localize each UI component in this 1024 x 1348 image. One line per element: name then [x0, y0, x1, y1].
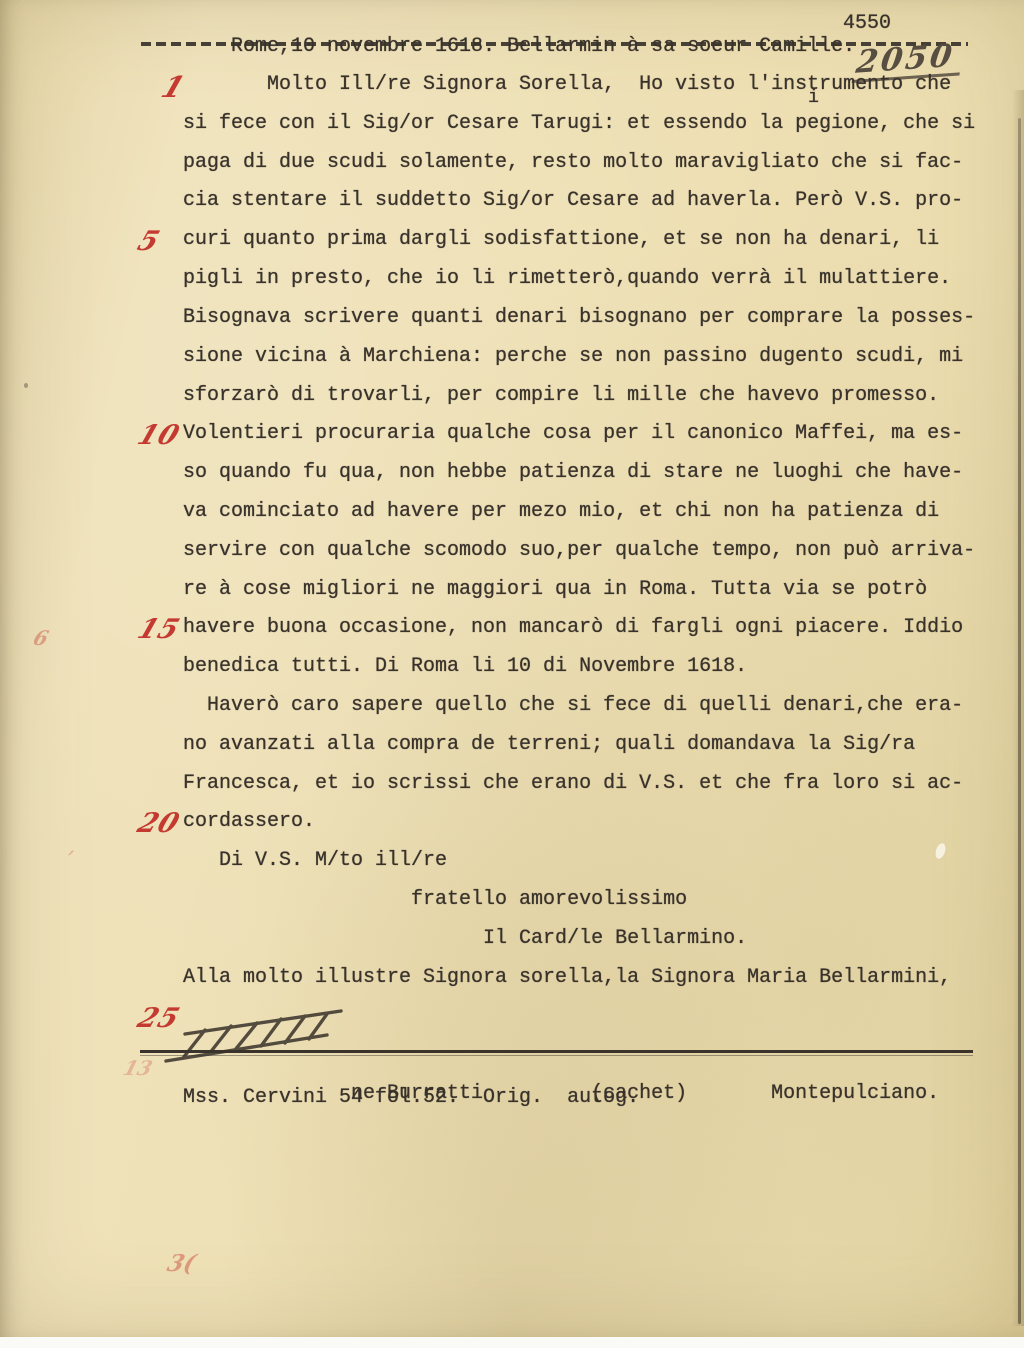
strikethrough-hatch-mark [163, 1006, 353, 1070]
typed-line: Alla molto illustre Signora sorella,la S… [183, 959, 988, 998]
letter-header: Rome,10 novembre 1618. Bellarmin à sa so… [183, 12, 983, 42]
typed-line: 15havere buona occasione, non mancarò di… [183, 609, 988, 648]
typed-text: benedica tutti. Di Roma li 10 di Novembr… [183, 655, 747, 678]
typed-line: si fece con il Sig/or Cesare Tarugi: et … [183, 105, 988, 144]
typed-text: sforzarò di trovarli, per compire li mil… [183, 384, 939, 407]
typed-text: paga di due scudi solamente, resto molto… [183, 151, 963, 174]
typed-line: no avanzati alla compra de terreni; qual… [183, 726, 988, 765]
typed-line: benedica tutti. Di Roma li 10 di Novembr… [183, 648, 988, 687]
source-note: Mss. Cervini 54 fol.52. Orig. autog. [183, 1086, 639, 1109]
typed-text: Haverò caro sapere quello che si fece di… [183, 694, 963, 717]
typed-text: cordassero. [183, 810, 315, 833]
typed-text: pigli in presto, che io li rimetterò,qua… [183, 267, 951, 290]
catalog-number: 4550 [843, 12, 891, 35]
margin-line-number: 20 [134, 810, 183, 837]
typed-text: va cominciato ad havere per mezo mio, et… [183, 500, 939, 523]
margin-line-number: 5 [134, 228, 164, 255]
typed-line: Di V.S. M/to ill/re [183, 842, 988, 881]
typed-line: fratello amorevolissimo [183, 881, 988, 920]
typed-text: servire con qualche scomodo suo,per qual… [183, 539, 975, 562]
faint-red-mark: 3( [165, 1252, 198, 1275]
typed-line: Il Card/le Bellarmino. [183, 920, 988, 959]
letter-page: Rome,10 novembre 1618. Bellarmin à sa so… [0, 0, 1024, 1337]
typed-line: 5curi quanto prima dargli sodisfattione,… [183, 221, 988, 260]
faint-red-mark: 6 [31, 628, 51, 648]
typed-text: fratello amorevolissimo [183, 888, 687, 911]
paper-speck [24, 383, 28, 388]
overtyped-correction: i [808, 89, 819, 107]
typed-line: re à cose migliori ne maggiori qua in Ro… [183, 571, 988, 610]
faint-red-mark: 13 [121, 1058, 155, 1078]
typed-text: Di V.S. M/to ill/re [183, 849, 447, 872]
header-title: Rome,10 novembre 1618. Bellarmin à sa so… [231, 35, 855, 58]
horizontal-rule [140, 1050, 973, 1058]
typed-line: Bisognava scrivere quanti denari bisogna… [183, 299, 988, 338]
typed-line: 25 ne Burratti (cachet) Montepulciano. [183, 998, 988, 1037]
scanned-letter-screenshot: { "header": { "title_line": "Rome,10 nov… [0, 0, 1024, 1348]
typed-line: Haverò caro sapere quello che si fece di… [183, 687, 988, 726]
typed-text: Volentieri procuraria qualche cosa per i… [183, 422, 963, 445]
typed-line: 20cordassero. [183, 803, 988, 842]
typed-line: 10Volentieri procuraria qualche cosa per… [183, 415, 988, 454]
typed-text: no avanzati alla compra de terreni; qual… [183, 733, 915, 756]
typed-text: havere buona occasione, non mancarò di f… [183, 616, 963, 639]
typed-text: Alla molto illustre Signora sorella,la S… [183, 966, 951, 989]
margin-line-number: 15 [134, 616, 183, 643]
typed-line: so quando fu qua, non hebbe patienza di … [183, 454, 988, 493]
typed-line: 1 Molto Ill/re Signora Sorella, Ho visto… [183, 66, 988, 105]
scan-edge-line [1018, 118, 1021, 1324]
typed-text: sione vicina à Marchiena: perche se non … [183, 345, 963, 368]
typed-text: Bisognava scrivere quanti denari bisogna… [183, 306, 975, 329]
dashed-separator-line [141, 42, 968, 46]
letter-body: 1 Molto Ill/re Signora Sorella, Ho visto… [183, 66, 988, 1036]
typed-line: sione vicina à Marchiena: perche se non … [183, 338, 988, 377]
typed-line: sforzarò di trovarli, per compire li mil… [183, 377, 988, 416]
typed-text: Il Card/le Bellarmino. [183, 927, 747, 950]
typed-line: Francesca, et io scrissi che erano di V.… [183, 765, 988, 804]
typed-line: va cominciato ad havere per mezo mio, et… [183, 493, 988, 532]
typed-text: Francesca, et io scrissi che erano di V.… [183, 772, 963, 795]
typed-line: cia stentare il suddetto Sig/or Cesare a… [183, 182, 988, 221]
typed-text: curi quanto prima dargli sodisfattione, … [183, 228, 939, 251]
typed-text: cia stentare il suddetto Sig/or Cesare a… [183, 189, 963, 212]
typed-line: paga di due scudi solamente, resto molto… [183, 144, 988, 183]
typed-line: pigli in presto, che io li rimetterò,qua… [183, 260, 988, 299]
typed-text: so quando fu qua, non hebbe patienza di … [183, 461, 963, 484]
margin-line-number: 10 [134, 422, 183, 449]
typed-text: si fece con il Sig/or Cesare Tarugi: et … [183, 112, 975, 135]
typed-line: servire con qualche scomodo suo,per qual… [183, 532, 988, 571]
typed-text: re à cose migliori ne maggiori qua in Ro… [183, 578, 927, 601]
typed-text: Molto Ill/re Signora Sorella, Ho visto l… [183, 73, 951, 96]
faint-red-mark: , [68, 840, 78, 856]
